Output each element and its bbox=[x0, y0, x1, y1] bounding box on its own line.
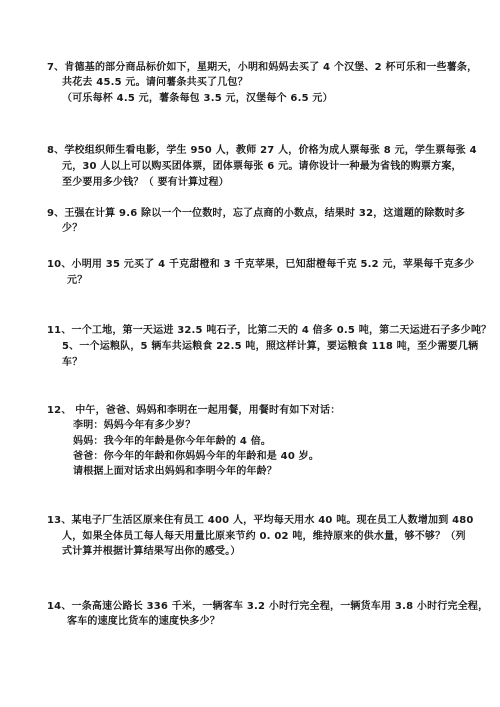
question-10-line-1: 10、小明用 35 元买了 4 千克甜橙和 3 千克苹果，已知甜橙每千克 5.2… bbox=[47, 259, 474, 271]
question-13-line-2: 人，如果全体员工每人每天用量比原来节约 0. 02 吨，维持原来的供水量，够不够… bbox=[62, 531, 466, 543]
question-11-line-3: 车？ bbox=[62, 357, 82, 369]
question-7-line-1: 7、肯德基的部分商品标价如下，星期天，小明和妈妈去买了 4 个汉堡、2 杯可乐和… bbox=[47, 62, 477, 74]
question-14-line-1: 14、一条高速公路长 336 千米，一辆客车 3.2 小时行完全程，一辆货车用 … bbox=[47, 601, 488, 613]
question-14-line-2: 客车的速度比货车的速度快多少？ bbox=[67, 616, 220, 628]
question-11-line-1: 11、一个工地，第一天运进 32.5 吨石子，比第二天的 4 倍多 0.5 吨，… bbox=[47, 325, 491, 337]
question-12-line-2: 李明：妈妈今年有多少岁？ bbox=[73, 420, 195, 432]
question-9-line-1: 9、王强在计算 9.6 除以一个一位数时，忘了点商的小数点，结果时 32，这道题… bbox=[47, 208, 465, 220]
question-13-line-3: 式计算并根据计算结果写出你的感受。） bbox=[62, 546, 241, 558]
question-8-line-2: 元，30 人以上可以购买团体票，团体票每张 6 元。请你设计一种最为省钱的购票方… bbox=[62, 161, 462, 173]
question-12-line-4: 爸爸：你今年的年龄和你妈妈今年的年龄和是 40 岁。 bbox=[73, 451, 319, 463]
question-8-line-1: 8、学校组织师生看电影，学生 950 人，教师 27 人，价格为成人票每张 8 … bbox=[47, 145, 477, 157]
question-7-line-2: 共花去 45.5 元。请问薯条共买了几包？ bbox=[62, 77, 248, 89]
question-12-line-1: 12、 中午，爸爸、妈妈和李明在一起用餐，用餐时有如下对话： bbox=[47, 405, 340, 417]
question-11-line-2: 5、一个运粮队，5 辆车共运粮食 22.5 吨，照这样计算，要运粮食 118 吨… bbox=[62, 341, 478, 353]
question-10-line-2: 元？ bbox=[67, 275, 87, 287]
question-8-line-3: 至少要用多少钱？（ 要有计算过程） bbox=[62, 177, 229, 189]
question-12-line-3: 妈妈：我今年的年龄是你今年年龄的 4 倍。 bbox=[73, 436, 271, 448]
question-9-line-2: 少？ bbox=[62, 223, 82, 235]
question-13-line-1: 13、某电子厂生活区原来住有员工 400 人，平均每天用水 40 吨。现在员工人… bbox=[47, 515, 474, 527]
question-12-line-5: 请根据上面对话求出妈妈和李明今年的年龄？ bbox=[73, 466, 277, 478]
question-7-line-3: （可乐每杯 4.5 元，薯条每包 3.5 元，汉堡每个 6.5 元） bbox=[62, 93, 333, 105]
